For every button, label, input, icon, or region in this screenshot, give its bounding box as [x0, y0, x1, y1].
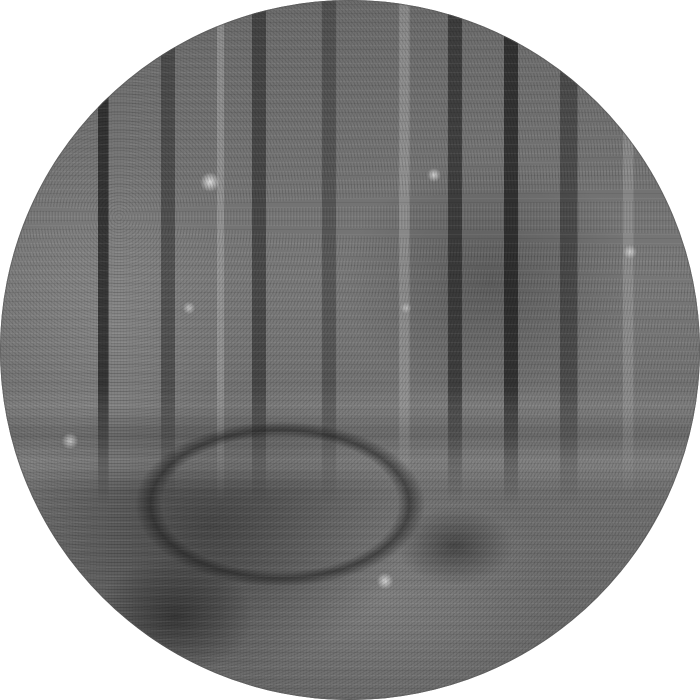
product-photo-canvas [0, 0, 700, 700]
rug-edge [0, 0, 700, 700]
round-abstract-rug [0, 0, 700, 700]
